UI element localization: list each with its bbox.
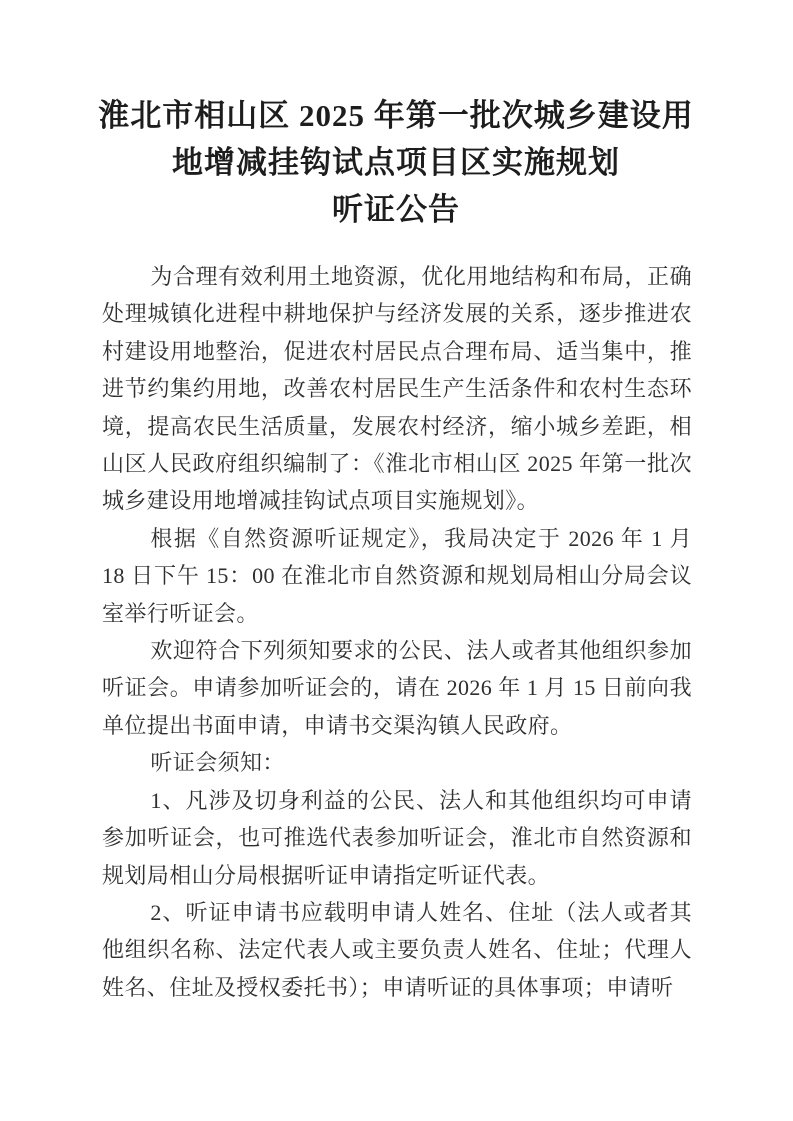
title-line: 淮北市相山区 2025 年第一批次城乡建设用: [78, 92, 714, 139]
paragraph: 为合理有效利用土地资源，优化用地结构和布局，正确处理城镇化进程中耕地保护与经济发…: [102, 258, 692, 520]
paragraph: 听证会须知：: [102, 744, 692, 781]
document-title: 淮北市相山区 2025 年第一批次城乡建设用地增减挂钩试点项目区实施规划听证公告: [78, 92, 714, 233]
document-page: 淮北市相山区 2025 年第一批次城乡建设用地增减挂钩试点项目区实施规划听证公告…: [0, 0, 793, 1121]
title-line: 听证公告: [78, 186, 714, 233]
paragraph: 1、凡涉及切身利益的公民、法人和其他组织均可申请参加听证会，也可推选代表参加听证…: [102, 782, 692, 894]
paragraph: 2、听证申请书应载明申请人姓名、住址（法人或者其他组织名称、法定代表人或主要负责…: [102, 894, 692, 1006]
paragraph: 根据《自然资源听证规定》，我局决定于 2026 年 1 月 18 日下午 15：…: [102, 520, 692, 632]
title-line: 地增减挂钩试点项目区实施规划: [78, 139, 714, 186]
paragraph: 欢迎符合下列须知要求的公民、法人或者其他组织参加听证会。申请参加听证会的，请在 …: [102, 632, 692, 744]
document-body: 为合理有效利用土地资源，优化用地结构和布局，正确处理城镇化进程中耕地保护与经济发…: [102, 258, 692, 1006]
